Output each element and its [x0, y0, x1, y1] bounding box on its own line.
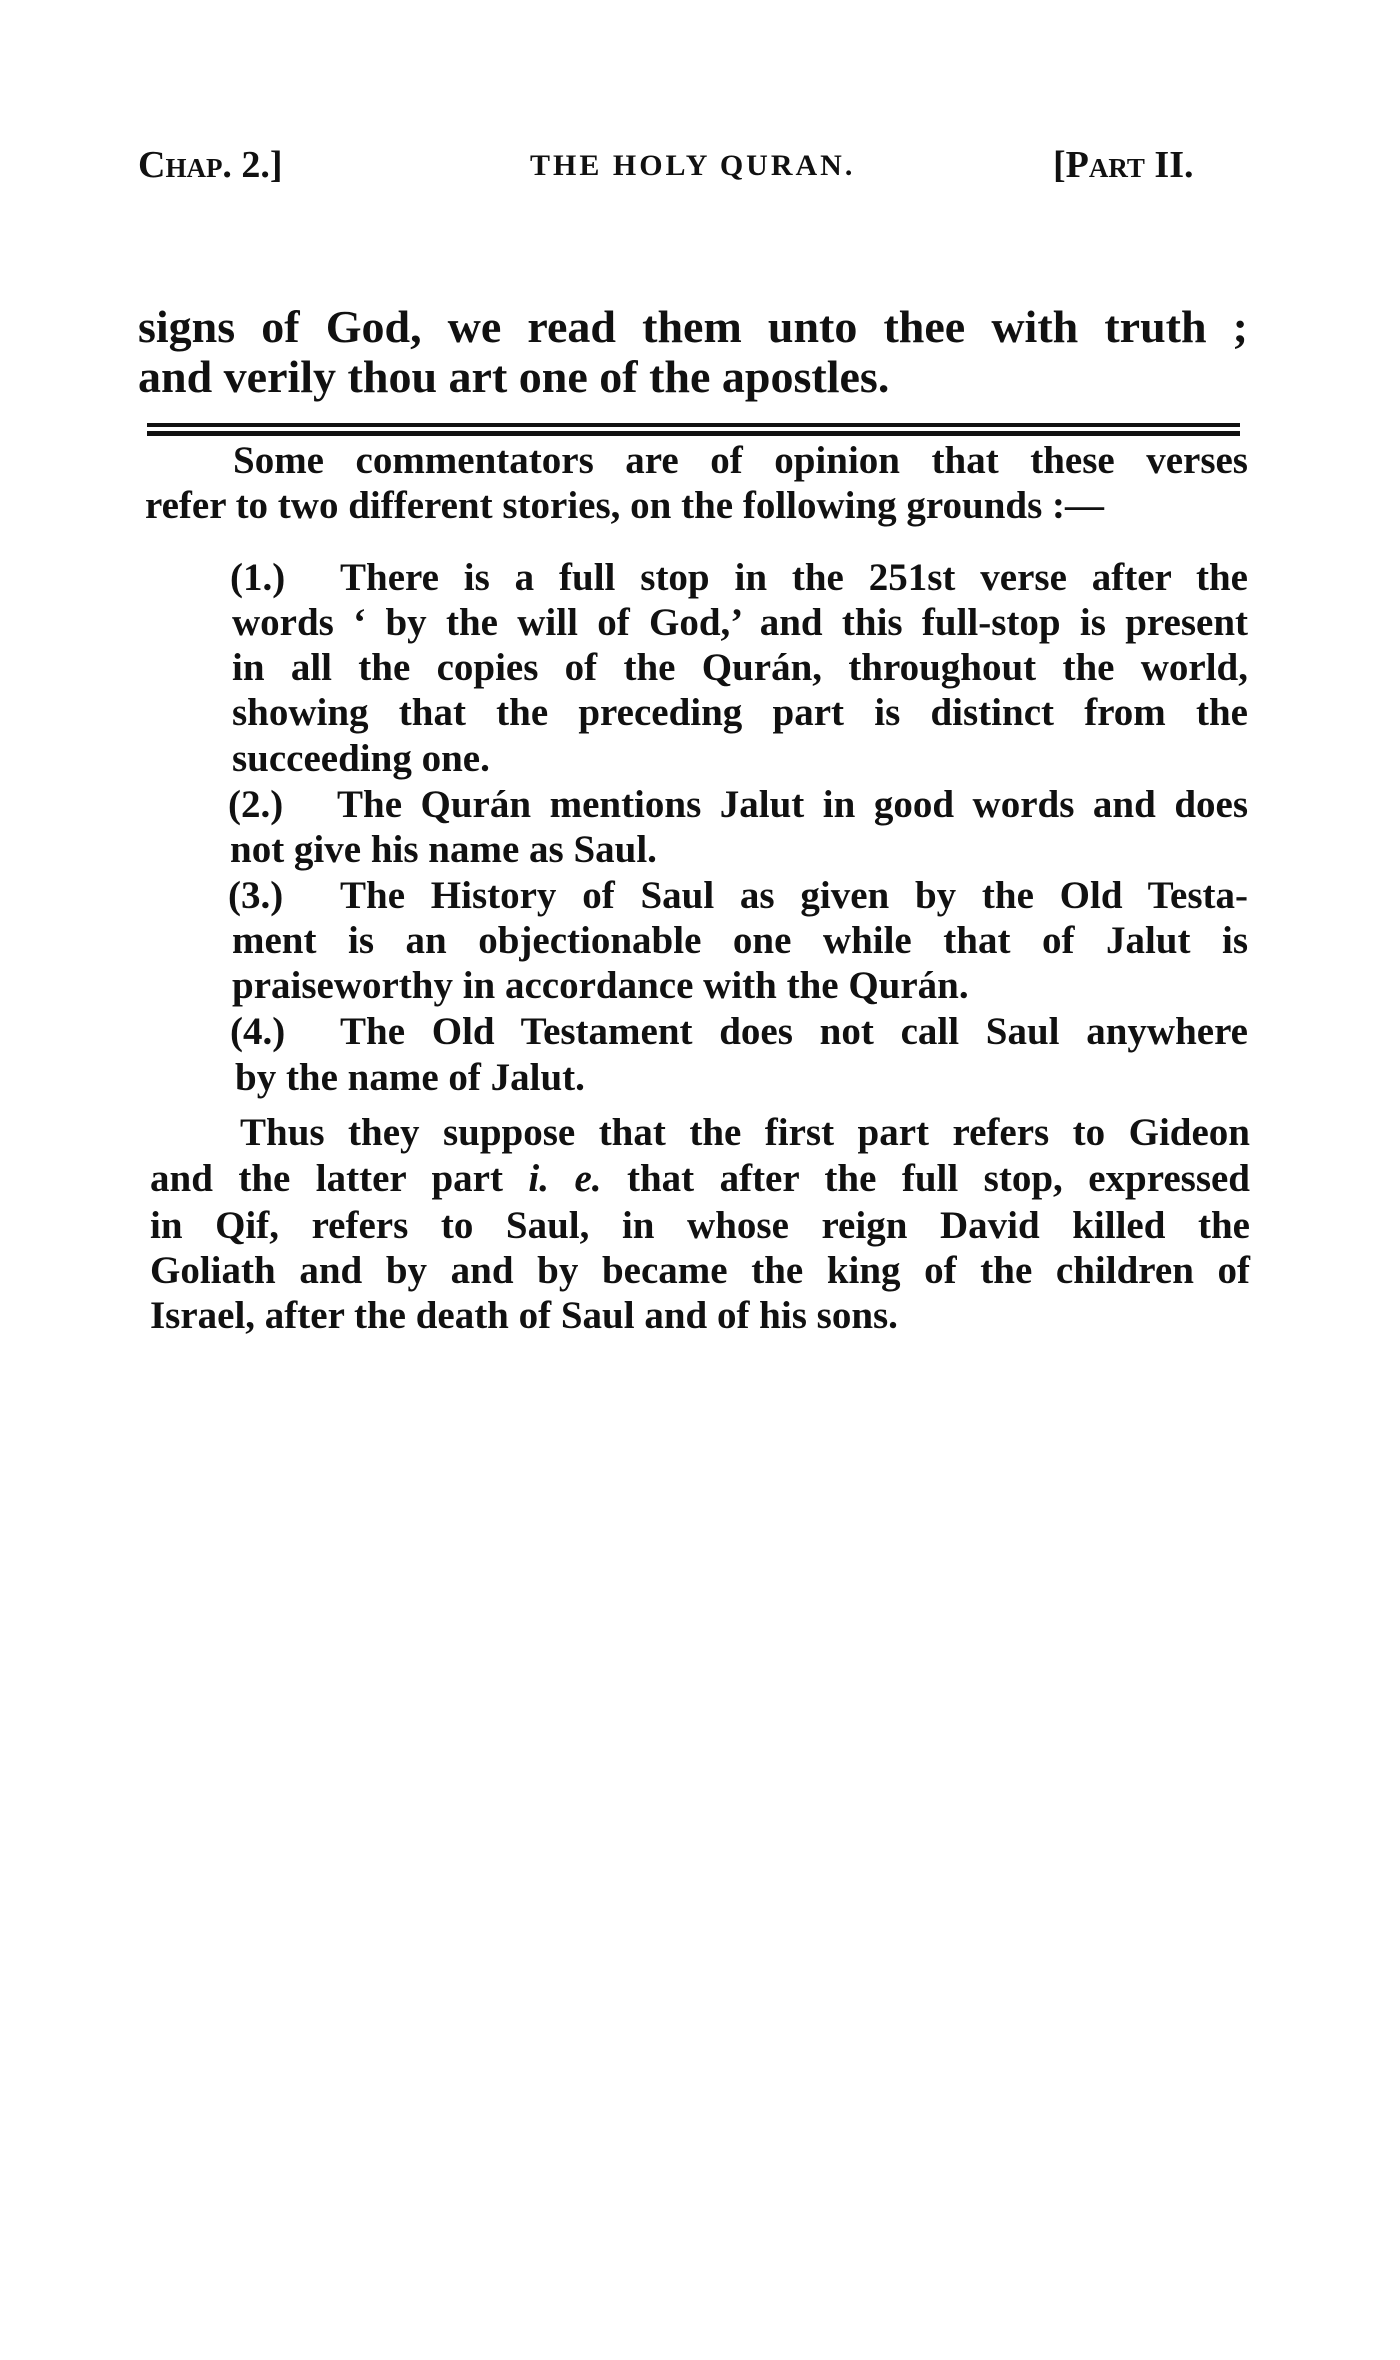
ground-2-line-2: not give his name as Saul.: [230, 830, 657, 869]
running-header-title: THE HOLY QURAN.: [530, 151, 855, 181]
ground-1-line-3: in all the copies of the Qurán, througho…: [232, 648, 1248, 687]
verse-line-1: signs of God, we read them unto thee wit…: [138, 304, 1248, 350]
running-header-part: [Part II.: [1053, 146, 1194, 184]
ground-3-line-1: The History of Saul as given by the Old …: [340, 876, 1248, 915]
running-header-chapter: Chap. 2.]: [138, 146, 283, 184]
ground-number-1: (1.): [230, 558, 285, 597]
rule-bottom: [147, 431, 1240, 436]
conclusion-line-1: Thus they suppose that the first part re…: [240, 1113, 1250, 1152]
ground-number-3: (3.): [228, 876, 283, 915]
conclusion-line-2-end: that after the full stop, expressed: [602, 1157, 1250, 1200]
commentary-intro-line-1: Some commentators are of opinion that th…: [233, 441, 1248, 480]
book-page: Chap. 2.] THE HOLY QURAN. [Part II. sign…: [0, 0, 1400, 2360]
ground-1-line-4: showing that the preceding part is disti…: [232, 693, 1248, 732]
ground-3-line-2: ment is an objectionable one while that …: [232, 921, 1248, 960]
commentary-intro-line-2: refer to two different stories, on the f…: [145, 486, 1104, 525]
conclusion-line-2: and the latter part i. e. that after the…: [150, 1159, 1250, 1198]
ground-number-4: (4.): [230, 1012, 285, 1051]
ground-4-line-1: The Old Testament does not call Saul any…: [340, 1012, 1248, 1051]
chapter-label: Chap. 2.]: [138, 144, 283, 186]
ground-3-line-3: praiseworthy in accordance with the Qurá…: [232, 966, 969, 1005]
ground-2-line-1: The Qurán mentions Jalut in good words a…: [337, 785, 1248, 824]
ground-4-line-2: by the name of Jalut.: [235, 1058, 585, 1097]
abbreviation-ie: i. e.: [528, 1157, 601, 1200]
rule-top: [147, 423, 1240, 427]
part-label: [Part II.: [1053, 144, 1194, 186]
conclusion-line-4: Goliath and by and by became the king of…: [150, 1251, 1250, 1290]
verse-line-2: and verily thou art one of the apostles.: [138, 354, 889, 400]
ground-1-line-2: words ‘ by the will of God,’ and this fu…: [232, 603, 1248, 642]
ground-1-line-5: succeeding one.: [232, 739, 490, 778]
ground-1-line-1: There is a full stop in the 251st verse …: [340, 558, 1248, 597]
conclusion-line-3: in Qif, refers to Saul, in whose reign D…: [150, 1206, 1250, 1245]
ground-number-2: (2.): [228, 785, 283, 824]
conclusion-line-5: Israel, after the death of Saul and of h…: [150, 1296, 898, 1335]
conclusion-line-2-start: and the latter part: [150, 1157, 528, 1200]
